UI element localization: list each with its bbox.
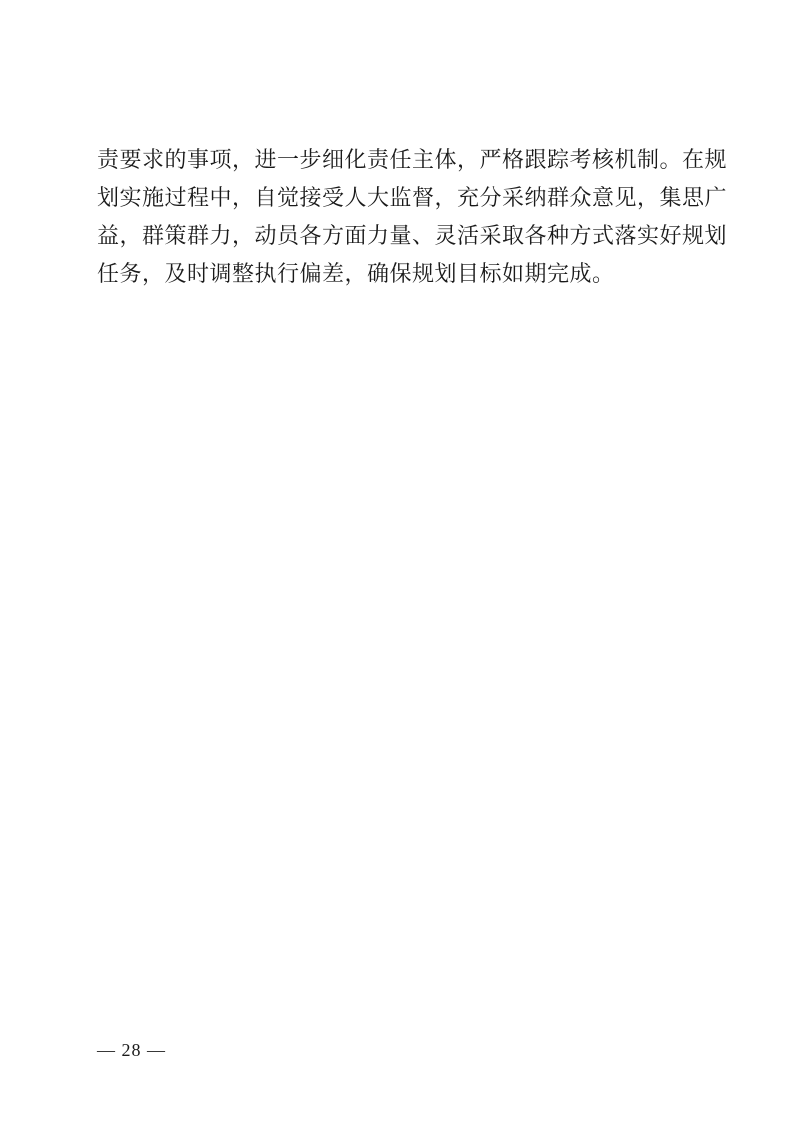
body-text: 责要求的事项，进一步细化责任主体，严格跟踪考核机制。在规 划实施过程中，自觉接受… <box>97 141 709 293</box>
document-page: 责要求的事项，进一步细化责任主体，严格跟踪考核机制。在规 划实施过程中，自觉接受… <box>0 0 793 1122</box>
text-line-4: 任务，及时调整执行偏差，确保规划目标如期完成。 <box>97 255 709 293</box>
text-line-3: 益，群策群力，动员各方面力量、灵活采取各种方式落实好规划 <box>97 217 709 255</box>
text-line-2: 划实施过程中，自觉接受人大监督，充分采纳群众意见，集思广 <box>97 179 709 217</box>
text-line-1: 责要求的事项，进一步细化责任主体，严格跟踪考核机制。在规 <box>97 141 709 179</box>
page-number: — 28 — <box>97 1037 166 1063</box>
